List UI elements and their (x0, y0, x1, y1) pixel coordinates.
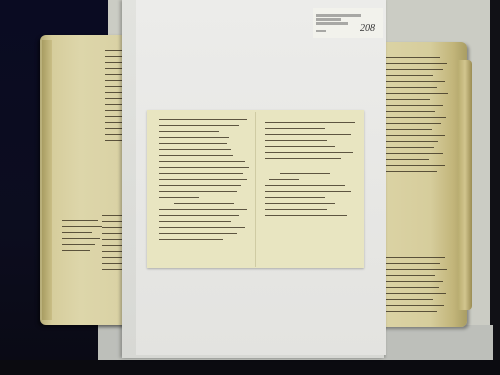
handwriting-block (62, 220, 102, 256)
book-right-page (375, 42, 467, 327)
book-page-edges (42, 40, 52, 320)
label-ref-mark (316, 30, 326, 32)
dark-floor (0, 360, 500, 375)
handwriting-block (385, 57, 450, 177)
archive-number: 208 (360, 23, 375, 34)
label-printed-line (316, 14, 361, 17)
label-printed-line (316, 18, 341, 21)
archive-label: 208 (313, 8, 383, 38)
handwriting-block (385, 257, 450, 317)
letter-left-text (159, 119, 249, 245)
book-page-edges (458, 60, 472, 310)
letter-right-text (265, 122, 357, 221)
letter-fold-line (255, 112, 256, 267)
dark-background-right (490, 0, 500, 375)
label-printed-line (316, 22, 348, 25)
